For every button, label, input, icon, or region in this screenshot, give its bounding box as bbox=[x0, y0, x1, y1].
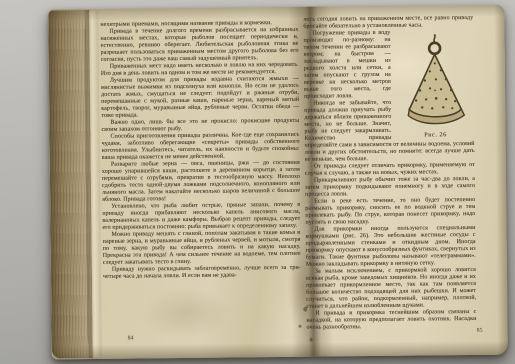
paragraph: Прикармливают рыбу обычно тоже за час-дв… bbox=[305, 176, 475, 199]
page-curl bbox=[84, 11, 102, 357]
paragraph: Можно приваду мешать с глиной, пополам з… bbox=[103, 230, 301, 267]
feeder-cone-illustration bbox=[396, 33, 473, 132]
feeder-bag-figure: Рис. 26 bbox=[395, 33, 474, 140]
book-photo: нехитрыми приемами, носящими название пр… bbox=[0, 0, 515, 364]
left-page-number: 84 bbox=[128, 336, 134, 342]
paragraph: Разварите любые зерна — овса, пшеницы, р… bbox=[102, 160, 300, 204]
paragraph: Установлено, что рыба любит острые, прян… bbox=[102, 202, 300, 232]
foxing-spot bbox=[310, 338, 313, 342]
paragraph: За малым исключением, с прикормкой хорош… bbox=[306, 267, 476, 311]
paragraph: Если в реке есть течение, то оно будет п… bbox=[305, 197, 475, 227]
left-page-text: нехитрыми приемами, носящими название пр… bbox=[100, 20, 301, 342]
open-book: нехитрыми приемами, носящими название пр… bbox=[48, 5, 508, 360]
figure-caption: Рис. 26 bbox=[396, 131, 474, 140]
paragraph: Способы приготовления привады различны. … bbox=[101, 132, 299, 162]
paragraph: Для прикормки иногда пользуются специаль… bbox=[305, 225, 475, 269]
right-edge-shadow bbox=[494, 5, 508, 355]
paragraph: Лучшим продуктом для привады издавна счи… bbox=[101, 76, 299, 120]
paragraph: Привада в течение долгого времени разбра… bbox=[100, 27, 298, 64]
paragraph: И привада и прикормка теснейшим образом … bbox=[306, 309, 476, 331]
right-page-number: 85 bbox=[477, 328, 483, 334]
bottom-edge-shadow bbox=[52, 341, 508, 360]
right-page-text: лось сегодня ловить на приваженном месте… bbox=[303, 15, 476, 331]
paragraph: Приваду нужно раскидывать заблаговременн… bbox=[103, 265, 301, 281]
